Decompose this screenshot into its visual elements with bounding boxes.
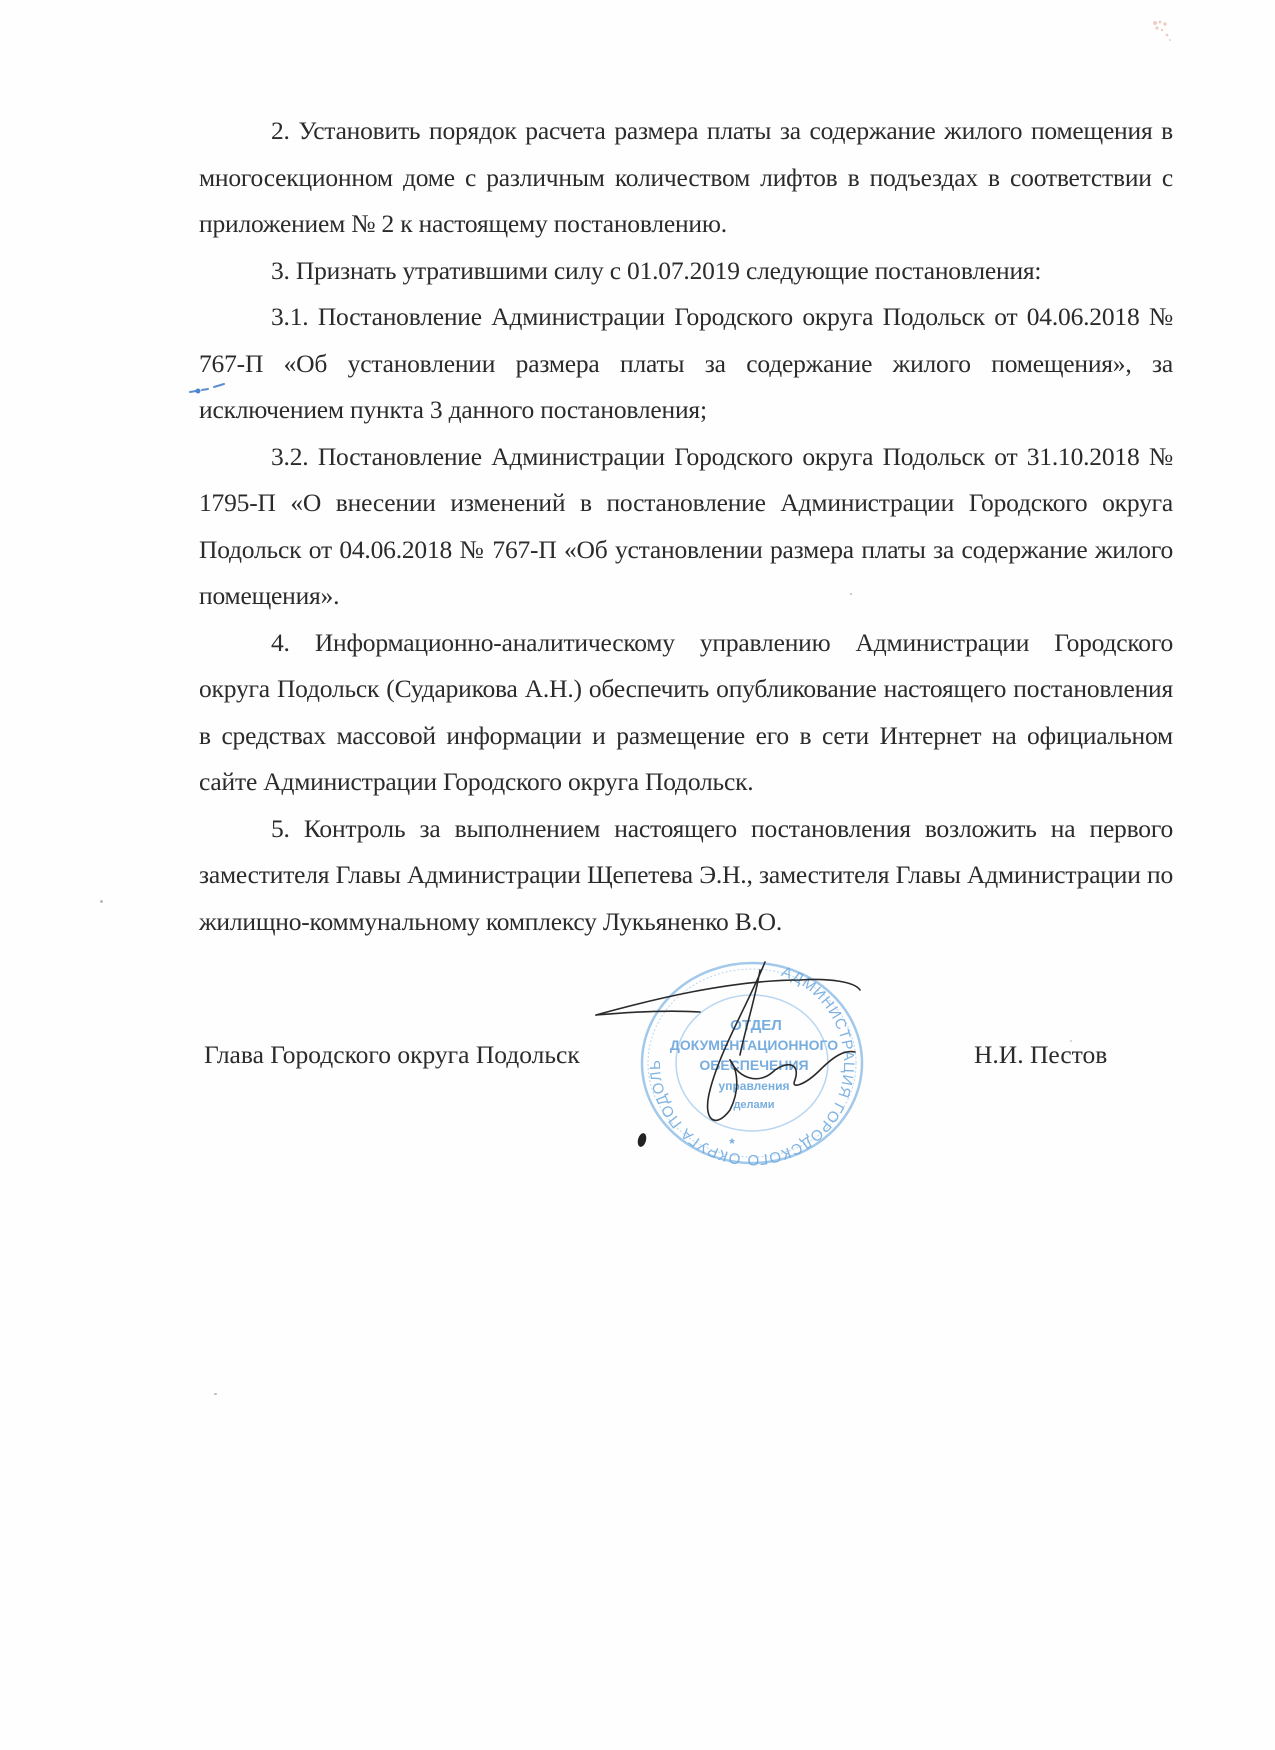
- scan-speck: [100, 900, 103, 903]
- scan-artifact-corner: [1145, 15, 1185, 50]
- paragraph-5: 5. Контроль за выполнением настоящего по…: [199, 806, 1173, 946]
- scan-speck: [850, 593, 852, 595]
- scan-speck: [1070, 1040, 1072, 1042]
- document-body: 2. Установить порядок расчета размера пл…: [199, 108, 1173, 945]
- signature-block: Глава Городского округа Подольск Н.И. Пе…: [204, 1040, 1124, 1080]
- document-page: 2. Установить порядок расчета размера пл…: [0, 0, 1275, 1750]
- paragraph-3-2: 3.2. Постановление Администрации Городск…: [199, 434, 1173, 620]
- paragraph-3-1: 3.1. Постановление Администрации Городск…: [199, 294, 1173, 434]
- signatory-name: Н.И. Пестов: [974, 1040, 1107, 1070]
- ink-mark: [188, 378, 248, 403]
- paragraph-4: 4. Информационно-аналитическому управлен…: [199, 620, 1173, 806]
- paragraph-2: 2. Установить порядок расчета размера пл…: [199, 108, 1173, 248]
- scan-speck: [214, 1393, 217, 1395]
- paragraph-3: 3. Признать утратившими силу с 01.07.201…: [199, 248, 1173, 295]
- signatory-position: Глава Городского округа Подольск: [204, 1040, 580, 1070]
